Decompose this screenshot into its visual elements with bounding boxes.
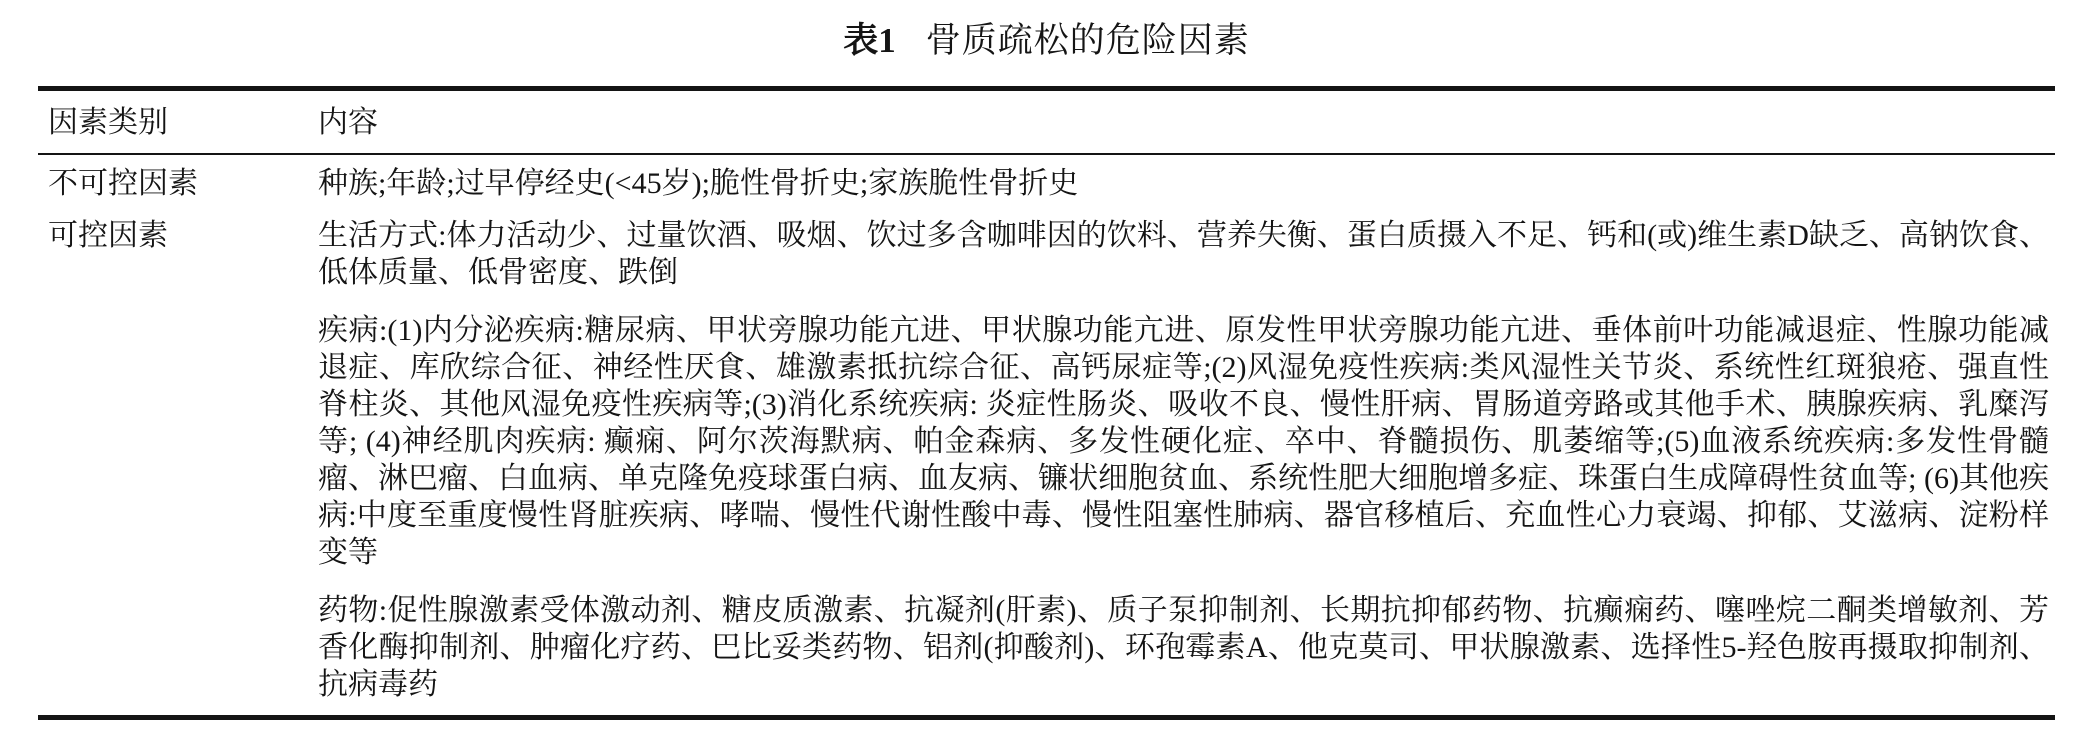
table-row-uncontrollable-factors: 不可控因素 种族;年龄;过早停经史(<45岁);脆性骨折史;家族脆性骨折史 [38,165,2055,202]
column-header-factor-category: 因素类别 [38,104,318,141]
table-caption-text: 骨质疏松的危险因素 [926,21,1250,60]
row-content-cell: 生活方式:体力活动少、过量饮酒、吸烟、饮过多含咖啡因的饮料、营养失衡、蛋白质摄入… [318,217,2055,703]
table-row-controllable-factors: 可控因素 生活方式:体力活动少、过量饮酒、吸烟、饮过多含咖啡因的饮料、营养失衡、… [38,217,2055,703]
row-category-label: 不可控因素 [38,165,318,202]
row-content-cell: 种族;年龄;过早停经史(<45岁);脆性骨折史;家族脆性骨折史 [318,165,2055,202]
column-header-content: 内容 [318,104,2055,141]
lifestyle-paragraph: 生活方式:体力活动少、过量饮酒、吸烟、饮过多含咖啡因的饮料、营养失衡、蛋白质摄入… [318,217,2049,291]
diseases-paragraph: 疾病:(1)内分泌疾病:糖尿病、甲状旁腺功能亢进、甲状腺功能亢进、原发性甲状旁腺… [318,312,2049,571]
table-title: 表1骨质疏松的危险因素 [0,0,2093,62]
risk-factors-table: 因素类别 内容 不可控因素 种族;年龄;过早停经史(<45岁);脆性骨折史;家族… [38,86,2055,720]
table-body: 不可控因素 种族;年龄;过早停经史(<45岁);脆性骨折史;家族脆性骨折史 可控… [38,155,2055,715]
paper-page: 表1骨质疏松的危险因素 因素类别 内容 不可控因素 种族;年龄;过早停经史(<4… [0,0,2093,746]
table-header-row: 因素类别 内容 [38,91,2055,155]
uncontrollable-factors-paragraph: 种族;年龄;过早停经史(<45岁);脆性骨折史;家族脆性骨折史 [318,165,2049,202]
drugs-paragraph: 药物:促性腺激素受体激动剂、糖皮质激素、抗凝剂(肝素)、质子泵抑制剂、长期抗抑郁… [318,592,2049,703]
row-category-label: 可控因素 [38,217,318,703]
table-number-label: 表1 [843,21,896,60]
